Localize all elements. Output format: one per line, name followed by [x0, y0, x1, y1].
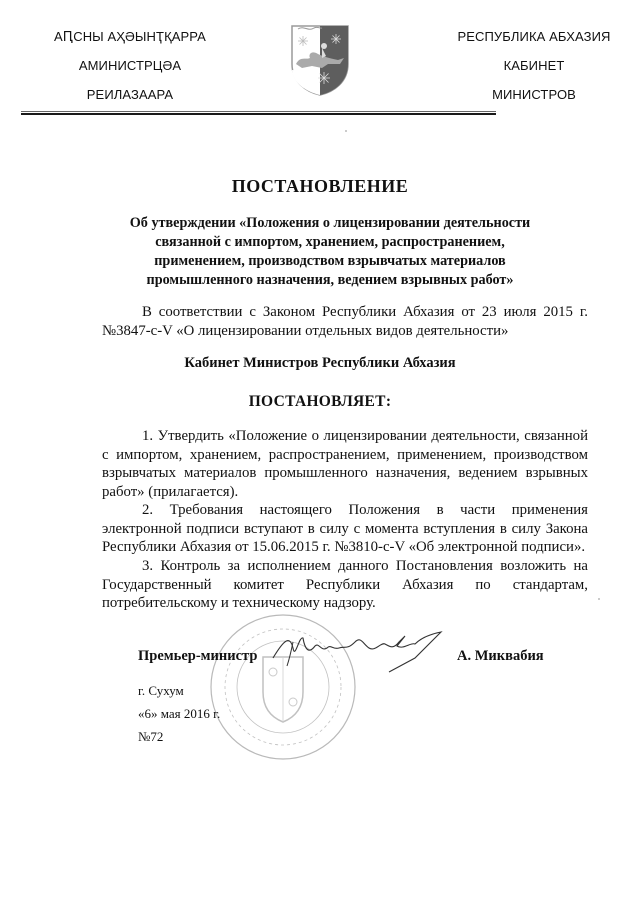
document-subtitle: Об утверждении «Положения о лицензирован… [100, 214, 560, 290]
signatory-position: Премьер-министр [138, 648, 257, 665]
preamble-paragraph: В соответствии с Законом Республики Абха… [102, 303, 588, 340]
subtitle-line-2: связанной с импортом, хранением, распрос… [100, 233, 560, 252]
header-right-line-1: РЕСПУБЛИКА АБХАЗИЯ [448, 22, 620, 51]
header-divider [21, 110, 496, 116]
header-left-abkhaz: АԤСНЫ АҲӘЫНҬҚАРРА АМИНИСТРЦӘА РЕИЛАЗААРА [40, 22, 220, 109]
header-left-line-3: РЕИЛАЗААРА [40, 80, 220, 109]
item-2-text: 2. Требования настоящего Положения в час… [102, 502, 588, 555]
subtitle-line-1: Об утверждении «Положения о лицензирован… [100, 214, 560, 233]
handwritten-signature-icon [265, 628, 450, 678]
issue-date: «6» мая 2016 г. [138, 706, 220, 722]
subtitle-line-3: применением, производством взрывчатых ма… [100, 252, 560, 271]
item-3-text: 3. Контроль за исполнением данного Поста… [102, 558, 588, 611]
header-left-line-2: АМИНИСТРЦӘА [40, 51, 220, 80]
preamble-text: В соответствии с Законом Республики Абха… [102, 304, 588, 339]
header-left-line-1: АԤСНЫ АҲӘЫНҬҚАРРА [40, 22, 220, 51]
scan-speck [345, 130, 347, 132]
resolution-item-2: 2. Требования настоящего Положения в час… [102, 501, 588, 557]
coat-of-arms-icon [288, 20, 352, 96]
resolution-item-3: 3. Контроль за исполнением данного Поста… [102, 557, 588, 613]
scan-speck [598, 598, 600, 600]
item-1-text: 1. Утвердить «Положение о лицензировании… [102, 428, 588, 500]
resolves-heading: ПОСТАНОВЛЯЕТ: [0, 393, 640, 411]
issue-city: г. Сухум [138, 683, 184, 699]
issuer-heading: Кабинет Министров Республики Абхазия [0, 355, 640, 372]
header-right-line-3: МИНИСТРОВ [448, 80, 620, 109]
signatory-name: А. Миквабия [457, 648, 544, 665]
resolution-item-1: 1. Утвердить «Положение о лицензировании… [102, 427, 588, 501]
header-right-line-2: КАБИНЕТ [448, 51, 620, 80]
document-number: №72 [138, 729, 163, 745]
header-right-russian: РЕСПУБЛИКА АБХАЗИЯ КАБИНЕТ МИНИСТРОВ [448, 22, 620, 109]
subtitle-line-4: промышленного назначения, ведением взрыв… [100, 271, 560, 290]
document-title: ПОСТАНОВЛЕНИЕ [0, 176, 640, 197]
